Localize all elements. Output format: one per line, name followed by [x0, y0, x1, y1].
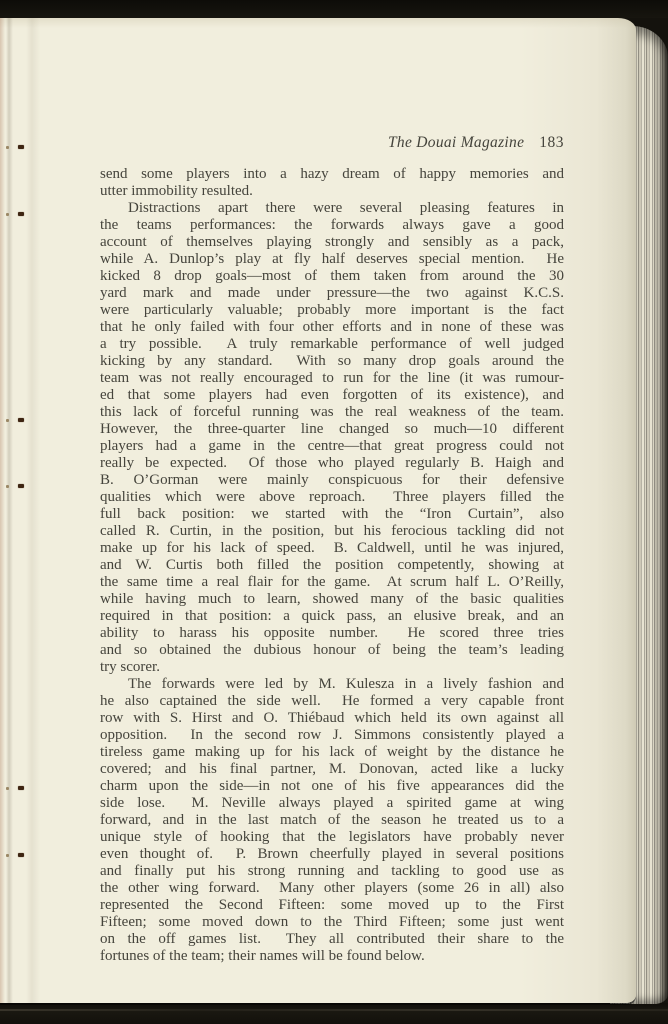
- page-number: 183: [539, 134, 564, 151]
- text-line: tireless game making up for his lack of …: [100, 744, 564, 761]
- text-line: B. O’Gorman were mainly conspicuous for …: [100, 472, 564, 489]
- text-line: covered; and his final partner, M. Donov…: [100, 761, 564, 778]
- text-line: full back position: we started with the …: [100, 506, 564, 523]
- stitch-marks: [0, 211, 30, 217]
- text-line: required in that position: a quick pass,…: [100, 608, 564, 625]
- text-line: this lack of forceful running was the re…: [100, 404, 564, 421]
- text-line: and W. Curtis both filled the position c…: [100, 557, 564, 574]
- stitch-marks: [0, 417, 30, 423]
- stitch-marks: [0, 852, 30, 858]
- stitch-hole-icon: [6, 419, 9, 422]
- text-line: However, the three-quarter line changed …: [100, 421, 564, 438]
- text-line: ability to harass his opposite number. H…: [100, 625, 564, 642]
- stitch-hole-icon: [18, 418, 24, 422]
- stitch-hole-icon: [18, 484, 24, 488]
- stitch-hole-icon: [6, 854, 9, 857]
- text-line: team was not really encouraged to run fo…: [100, 370, 564, 387]
- text-line: while A. Dunlop’s play at fly half deser…: [100, 251, 564, 268]
- stitch-hole-icon: [6, 485, 9, 488]
- stitch-marks: [0, 785, 30, 791]
- stitch-hole-icon: [6, 787, 9, 790]
- text-line: the same time a real flair for the game.…: [100, 574, 564, 591]
- text-line: try scorer.: [100, 659, 564, 676]
- book-scan-photo: The Douai Magazine 183 send some players…: [0, 0, 668, 1024]
- text-line: represented the Second Fifteen: some mov…: [100, 897, 564, 914]
- text-line: a try possible. A truly remarkable perfo…: [100, 336, 564, 353]
- text-line: Distractions apart there were several pl…: [100, 200, 564, 217]
- text-line: and finally put his strong running and t…: [100, 863, 564, 880]
- text-line: qualities which were above reproach. Thr…: [100, 489, 564, 506]
- stitch-hole-icon: [18, 786, 24, 790]
- text-line: charm upon the side—in not one of his fi…: [100, 778, 564, 795]
- text-line: kicked 8 drop goals—most of them taken f…: [100, 268, 564, 285]
- text-line: make up for his lack of speed. B. Caldwe…: [100, 540, 564, 557]
- text-line: called R. Curtin, in the position, but h…: [100, 523, 564, 540]
- book-page: The Douai Magazine 183 send some players…: [0, 18, 636, 1003]
- text-line: utter immobility resulted.: [100, 183, 564, 200]
- stitch-hole-icon: [6, 213, 9, 216]
- stitch-marks: [0, 483, 30, 489]
- stitch-hole-icon: [6, 146, 9, 149]
- stitch-marks: [0, 144, 30, 150]
- text-line: and so obtained the dubious honour of be…: [100, 642, 564, 659]
- text-line: ed that some players had even forgotten …: [100, 387, 564, 404]
- stitch-hole-icon: [18, 145, 24, 149]
- journal-title: The Douai Magazine: [388, 134, 524, 151]
- text-line: opposition. In the second row J. Simmons…: [100, 727, 564, 744]
- text-line: on the off games list. They all contribu…: [100, 931, 564, 948]
- text-line: the teams performances: the forwards alw…: [100, 217, 564, 234]
- text-line: really be expected. Of those who played …: [100, 455, 564, 472]
- text-line: account of themselves playing strongly a…: [100, 234, 564, 251]
- text-line: row with S. Hirst and O. Thiébaud which …: [100, 710, 564, 727]
- text-line: yard mark and made under pressure—the tw…: [100, 285, 564, 302]
- text-line: forward, and in the last match of the se…: [100, 812, 564, 829]
- printed-content: The Douai Magazine 183 send some players…: [100, 134, 564, 965]
- book-top-edge: [0, 0, 668, 18]
- text-line: while having much to learn, showed many …: [100, 591, 564, 608]
- book-bottom-edge: [0, 1003, 668, 1024]
- body-text: send some players into a hazy dream of h…: [100, 166, 564, 965]
- running-header: The Douai Magazine 183: [100, 134, 564, 151]
- stitch-hole-icon: [18, 212, 24, 216]
- text-line: that he only failed with four other effo…: [100, 319, 564, 336]
- text-line: players had a game in the centre—that gr…: [100, 438, 564, 455]
- text-line: unique style of hooking that the legisla…: [100, 829, 564, 846]
- text-line: send some players into a hazy dream of h…: [100, 166, 564, 183]
- text-line: were particularly valuable; probably mor…: [100, 302, 564, 319]
- text-line: he also captained the side well. He form…: [100, 693, 564, 710]
- text-line: fortunes of the team; their names will b…: [100, 948, 564, 965]
- text-line: side lose. M. Neville always played a sp…: [100, 795, 564, 812]
- text-line: even thought of. P. Brown cheerfully pla…: [100, 846, 564, 863]
- stitch-hole-icon: [18, 853, 24, 857]
- text-line: The forwards were led by M. Kulesza in a…: [100, 676, 564, 693]
- text-line: Fifteen; some moved down to the Third Fi…: [100, 914, 564, 931]
- text-line: the other wing forward. Many other playe…: [100, 880, 564, 897]
- text-line: kicking by any standard. With so many dr…: [100, 353, 564, 370]
